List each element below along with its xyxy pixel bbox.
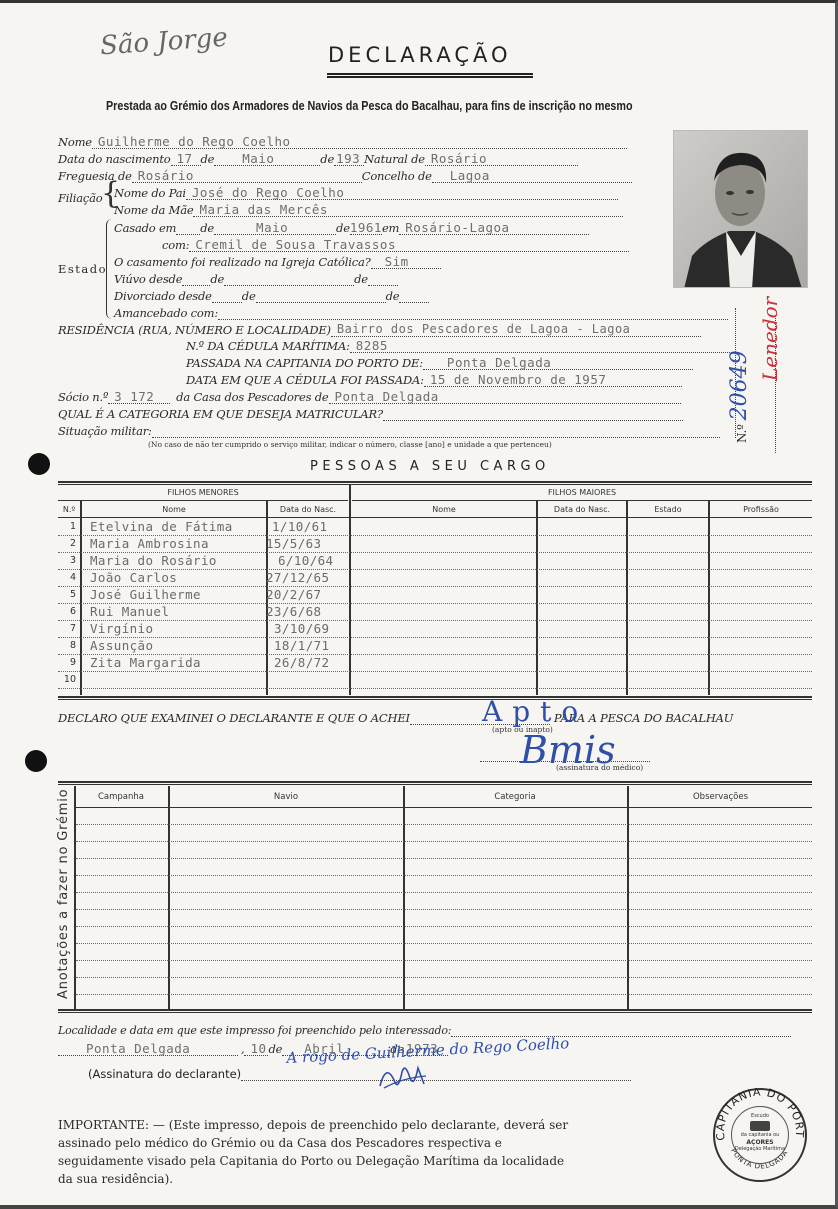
de-label: de xyxy=(200,221,214,235)
row-line xyxy=(58,586,812,587)
rule xyxy=(76,807,812,808)
row-number: 1 xyxy=(62,521,76,532)
row-number: 10 xyxy=(62,674,76,685)
nome-input[interactable]: Guilherme do Rego Coelho xyxy=(92,134,627,149)
nome-label: Nome xyxy=(58,135,92,149)
casado-local-input[interactable]: Rosário-Lagoa xyxy=(399,220,589,235)
field-pai: Nome do Pai José do Rego Coelho xyxy=(114,184,618,200)
col-divider xyxy=(403,786,405,1009)
row-line[interactable] xyxy=(76,960,812,961)
col-observacoes: Observações xyxy=(629,792,812,802)
child-name[interactable]: José Guilherme xyxy=(90,587,201,602)
categoria-input[interactable] xyxy=(383,406,683,421)
rule xyxy=(58,500,348,501)
data-cedula-label: DATA EM QUE A CÉDULA FOI PASSADA: xyxy=(186,373,424,387)
militar-note: (No caso de não ter cumprido o serviço m… xyxy=(148,440,552,449)
pessoas-bottom-rule xyxy=(58,696,812,700)
official-stamp: CAPITANIA DO PORTO PONTA DELGADA Escudo … xyxy=(713,1088,807,1182)
socio-label: Sócio n.º xyxy=(58,390,108,404)
localidade-extra-input[interactable] xyxy=(451,1022,791,1037)
declarant-signature-scribble xyxy=(372,1058,442,1098)
viuvo-month-input[interactable] xyxy=(224,271,354,286)
categoria-label: QUAL É A CATEGORIA EM QUE DESEJA MATRICU… xyxy=(58,407,383,421)
localidade-field: Localidade e data em que este impresso f… xyxy=(58,1021,791,1037)
casado-label: Casado em xyxy=(114,221,176,235)
casa-label: da Casa dos Pescadores de xyxy=(176,390,328,404)
col-divider xyxy=(627,786,629,1009)
nascimento-label: Data do nascimento xyxy=(58,152,171,166)
child-birthdate[interactable]: 20/2/67 xyxy=(266,587,321,602)
child-birthdate[interactable]: 18/1/71 xyxy=(274,638,329,653)
apto-handwritten: Apto xyxy=(482,695,588,728)
de-label: de xyxy=(268,1042,282,1056)
medico-declaration: DECLARO QUE EXAMINEI O DECLARANTE E QUE … xyxy=(58,709,733,725)
viuvo-year-input[interactable] xyxy=(368,271,398,286)
row-line xyxy=(58,671,812,672)
row-line[interactable] xyxy=(76,892,812,893)
row-line[interactable] xyxy=(76,977,812,978)
assinatura-field: (Assinatura do declarante) xyxy=(88,1065,631,1081)
field-socio: Sócio n.º 3 172 da Casa dos Pescadores d… xyxy=(58,388,681,404)
estado-label: Estado xyxy=(58,262,107,276)
anotacoes-side-label: Anotações a fazer no Grémio xyxy=(56,789,71,999)
row-line xyxy=(58,620,812,621)
row-number: 7 xyxy=(62,623,76,634)
child-birthdate[interactable]: 15/5/63 xyxy=(266,536,321,551)
cedula-label: N.º DA CÉDULA MARÍTIMA: xyxy=(186,339,350,353)
important-notice: IMPORTANTE: — (Este impresso, depois de … xyxy=(58,1116,578,1188)
de-label: de xyxy=(354,272,368,286)
field-divorciado: Divorciado desde de de xyxy=(114,287,429,303)
row-line xyxy=(58,688,812,689)
divorciado-label: Divorciado desde xyxy=(114,289,212,303)
stamp-line: Escudo xyxy=(732,1113,788,1120)
divorciado-month-input[interactable] xyxy=(256,288,386,303)
pessoas-top-rule xyxy=(58,481,812,485)
field-freguesia: Freguesia de Rosário Concelho de Lagoa xyxy=(58,167,632,183)
filiacao-label: Filiação xyxy=(58,191,103,205)
declaro-text: DECLARO QUE EXAMINEI O DECLARANTE E QUE … xyxy=(58,711,410,725)
cedula-input[interactable]: 8285 xyxy=(350,338,736,353)
amancebado-label: Amancebado com: xyxy=(114,306,218,320)
col-maiores-profissao: Profissão xyxy=(710,505,812,514)
row-line[interactable] xyxy=(76,875,812,876)
page-title: DECLARAÇÃO xyxy=(328,43,512,67)
col-divider xyxy=(536,501,538,695)
child-birthdate[interactable]: 6/10/64 xyxy=(278,553,333,568)
freguesia-label: Freguesia de xyxy=(58,169,132,183)
field-conjuge: com: Cremil de Sousa Travassos xyxy=(162,236,629,252)
row-number: 2 xyxy=(62,538,76,549)
col-data-nasc: Data do Nasc. xyxy=(268,505,348,514)
child-name[interactable]: Etelvina de Fátima xyxy=(90,519,233,534)
row-line xyxy=(58,535,812,536)
rule xyxy=(352,500,812,501)
casa-input[interactable]: Ponta Delgada xyxy=(329,389,681,404)
page-subtitle: Prestada ao Grémio dos Armadores de Navi… xyxy=(106,99,633,113)
socio-input[interactable]: 3 172 xyxy=(108,389,170,404)
filhos-menores-header: FILHOS MENORES xyxy=(58,488,348,497)
day-input[interactable]: 10 xyxy=(244,1041,268,1056)
child-name[interactable]: Maria Ambrosina xyxy=(90,536,209,551)
side-number-value: 20649 xyxy=(727,350,752,420)
field-capitania: PASSADA NA CAPITANIA DO PORTO DE: Ponta … xyxy=(186,354,693,370)
row-line[interactable] xyxy=(76,841,812,842)
row-line[interactable] xyxy=(76,858,812,859)
child-birthdate[interactable]: 27/12/65 xyxy=(266,570,329,585)
row-number: 9 xyxy=(62,657,76,668)
red-annotation: Lenedor xyxy=(758,297,782,381)
row-number: 5 xyxy=(62,589,76,600)
freguesia-input[interactable]: Rosário xyxy=(132,168,362,183)
col-divider xyxy=(626,501,628,695)
child-birthdate[interactable]: 23/6/68 xyxy=(266,604,321,619)
declaration-form-page: São Jorge DECLARAÇÃO Prestada ao Grémio … xyxy=(0,0,838,1209)
natural-label: Natural de xyxy=(364,152,425,166)
punch-hole xyxy=(28,453,50,475)
residencia-label: RESIDÊNCIA (RUA, NÚMERO E LOCALIDADE) xyxy=(58,323,331,337)
col-campanha: Campanha xyxy=(76,792,166,802)
conjuge-input[interactable]: Cremil de Sousa Travassos xyxy=(189,237,629,252)
row-line xyxy=(58,552,812,553)
field-cedula: N.º DA CÉDULA MARÍTIMA: 8285 xyxy=(186,337,736,353)
concelho-input[interactable]: Lagoa xyxy=(432,168,632,183)
field-nome: Nome Guilherme do Rego Coelho xyxy=(58,133,627,149)
stamp-line: da capitania ou xyxy=(732,1132,788,1139)
mae-input[interactable]: Maria das Mercês xyxy=(193,202,623,217)
id-photo xyxy=(673,130,808,288)
field-residencia: RESIDÊNCIA (RUA, NÚMERO E LOCALIDADE) Ba… xyxy=(58,321,701,337)
portrait-image xyxy=(674,131,808,288)
field-igreja: O casamento foi realizado na Igreja Cató… xyxy=(114,253,441,269)
side-number-label: N.º xyxy=(735,424,749,443)
child-name[interactable]: Zita Margarida xyxy=(90,655,201,670)
divorciado-year-input[interactable] xyxy=(399,288,429,303)
mae-label: Nome da Mãe xyxy=(114,203,193,217)
rule xyxy=(58,517,812,518)
field-nascimento: Data do nascimento 17 de Maio de 193 Nat… xyxy=(58,150,578,166)
title-underline xyxy=(327,73,533,78)
casado-day-input[interactable] xyxy=(176,220,200,235)
col-nome: Nome xyxy=(82,505,266,514)
estado-brace xyxy=(106,219,114,319)
child-name[interactable]: João Carlos xyxy=(90,570,177,585)
field-amancebado: Amancebado com: xyxy=(114,304,728,320)
col-navio: Navio xyxy=(170,792,402,802)
child-birthdate[interactable]: 1/10/61 xyxy=(272,519,327,534)
em-label: em xyxy=(382,221,399,235)
row-line xyxy=(58,637,812,638)
row-line xyxy=(58,654,812,655)
field-militar: Situação militar: xyxy=(58,422,720,438)
child-name[interactable]: Virgínio xyxy=(90,621,153,636)
casado-year-input[interactable]: 1961 xyxy=(350,220,382,235)
child-birthdate[interactable]: 26/8/72 xyxy=(274,655,329,670)
stamp-center: Escudo da capitania ou AÇORES Delegação … xyxy=(731,1106,789,1164)
punch-hole xyxy=(25,750,47,772)
nascimento-day-input[interactable]: 17 xyxy=(171,151,201,166)
de-label: de xyxy=(336,221,350,235)
row-line[interactable] xyxy=(76,926,812,927)
com-label: com: xyxy=(162,238,189,252)
row-number: 6 xyxy=(62,606,76,617)
localidade-label: Localidade e data em que este impresso f… xyxy=(58,1024,451,1037)
col-maiores-nome: Nome xyxy=(352,505,536,514)
side-number: N.º 20649 xyxy=(727,350,752,443)
row-line[interactable] xyxy=(76,943,812,944)
amancebado-input[interactable] xyxy=(218,305,728,320)
natural-input[interactable]: Rosário xyxy=(425,151,578,166)
capitania-label: PASSADA NA CAPITANIA DO PORTO DE: xyxy=(186,356,423,370)
coat-of-arms-icon xyxy=(750,1121,770,1131)
col-divider xyxy=(349,485,351,695)
nascimento-month-input[interactable]: Maio xyxy=(214,151,320,166)
divorciado-day-input[interactable] xyxy=(212,288,242,303)
capitania-input[interactable]: Ponta Delgada xyxy=(423,355,693,370)
row-number: 8 xyxy=(62,640,76,651)
de-label: de xyxy=(210,272,224,286)
residencia-input[interactable]: Bairro dos Pescadores de Lagoa - Lagoa xyxy=(331,322,701,337)
concelho-label: Concelho de xyxy=(362,169,432,183)
de-label: de xyxy=(242,289,256,303)
field-viuvo: Viúvo desde de de xyxy=(114,270,398,286)
row-line[interactable] xyxy=(76,994,812,995)
col-divider xyxy=(708,501,710,695)
field-mae: Nome da Mãe Maria das Mercês xyxy=(114,201,623,217)
de-label: de xyxy=(386,289,400,303)
col-categoria: Categoria xyxy=(405,792,625,802)
row-line xyxy=(58,603,812,604)
signature-hint: (assinatura do médico) xyxy=(556,763,643,772)
child-name[interactable]: Rui Manuel xyxy=(90,604,169,619)
child-birthdate[interactable]: 3/10/69 xyxy=(274,621,329,636)
margin-handwritten-note: São Jorge xyxy=(99,23,229,62)
col-numero: N.º xyxy=(58,505,80,514)
stamp-line: Delegação Marítima xyxy=(732,1146,788,1153)
anotacoes-bottom-rule xyxy=(58,1009,812,1013)
data-cedula-input[interactable]: 15 de Novembro de 1957 xyxy=(424,372,682,387)
row-number: 4 xyxy=(62,572,76,583)
militar-input[interactable] xyxy=(152,423,720,438)
child-name[interactable]: Maria do Rosário xyxy=(90,553,217,568)
casado-month-input[interactable]: Maio xyxy=(214,220,336,235)
pai-label: Nome do Pai xyxy=(114,186,186,200)
col-divider xyxy=(74,786,76,1009)
stamp-line: AÇORES xyxy=(732,1139,788,1146)
de-label: de xyxy=(320,152,334,166)
militar-label: Situação militar: xyxy=(58,424,152,438)
field-data-cedula: DATA EM QUE A CÉDULA FOI PASSADA: 15 de … xyxy=(186,371,682,387)
row-line xyxy=(58,569,812,570)
field-categoria: QUAL É A CATEGORIA EM QUE DESEJA MATRICU… xyxy=(58,405,683,421)
pai-input[interactable]: José do Rego Coelho xyxy=(186,185,618,200)
filhos-maiores-header: FILHOS MAIORES xyxy=(352,488,812,497)
anotacoes-top-rule xyxy=(58,781,812,785)
local-input[interactable]: Ponta Delgada xyxy=(58,1041,238,1056)
igreja-label: O casamento foi realizado na Igreja Cató… xyxy=(114,255,371,269)
viuvo-day-input[interactable] xyxy=(182,271,210,286)
nascimento-year-input[interactable]: 193 xyxy=(334,151,364,166)
field-casado: Casado em de Maio de 1961 em Rosário-Lag… xyxy=(114,219,589,235)
pessoas-title: PESSOAS A SEU CARGO xyxy=(310,459,550,474)
row-line[interactable] xyxy=(76,824,812,825)
col-divider xyxy=(168,786,170,1009)
viuvo-label: Viúvo desde xyxy=(114,272,182,286)
row-line[interactable] xyxy=(76,909,812,910)
assinatura-label: (Assinatura do declarante) xyxy=(88,1067,241,1081)
de-label: de xyxy=(201,152,215,166)
igreja-input[interactable]: Sim xyxy=(371,254,441,269)
col-maiores-data: Data do Nasc. xyxy=(538,505,626,514)
row-number: 3 xyxy=(62,555,76,566)
col-divider xyxy=(80,501,82,695)
child-name[interactable]: Assunção xyxy=(90,638,153,653)
col-maiores-estado: Estado xyxy=(628,505,708,514)
